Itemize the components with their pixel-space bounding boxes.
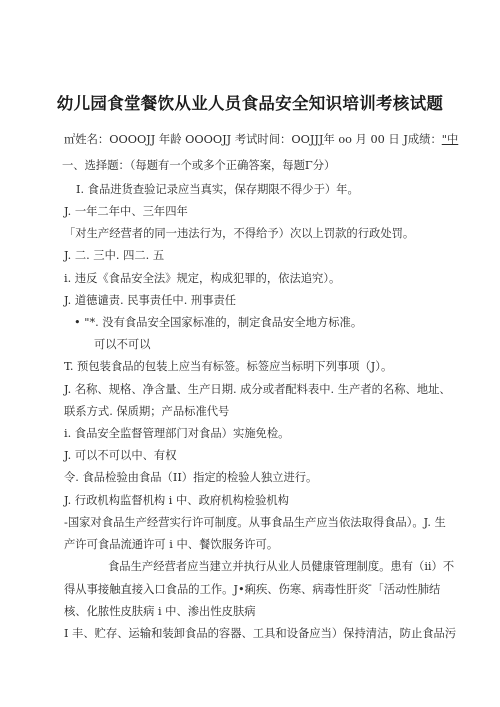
age-blank: OOOOJJ — [185, 133, 231, 146]
day-value: 00 — [370, 133, 384, 146]
answer-line: 可以不可以 — [94, 336, 151, 352]
name-label: ㎡姓名： — [64, 133, 109, 146]
question-line: 食品生产经营者应当建立并执行从业人员健康管理制度。患有（ii）不 — [108, 558, 454, 574]
answer-line: J. 道德谴责. 民事责任中. 刑事责任 — [64, 292, 236, 308]
answer-line: J. 二. 三中. 四二. 五 — [64, 247, 164, 263]
question-line: 令. 食品检验由食品（II）指定的检验人独立进行。 — [64, 469, 317, 485]
answer-line: J. 名称、规格、净含量、生产日期. 成分或者配料表中. 生产者的名称、地址、 — [64, 381, 451, 397]
answer-line: 产许可食品流通许可 i 中、餐饮服务许可。 — [64, 536, 278, 552]
question-line: I 丰、贮存、运输和装卸食品的容器、工具和设备应当）保持清洁，防止食品污 — [64, 625, 456, 641]
answer-line: J. 一年二年中、三年四年 — [64, 203, 188, 219]
question-line: • "*. 没有食品安全国家标准的，制定食品安全地方标准。 — [74, 314, 362, 330]
age-label: 年龄 — [159, 133, 182, 146]
day-label: 日 — [388, 133, 399, 146]
question-line: i. 违反《食品安全法》规定，构成犯罪的，依法追究）。 — [64, 270, 340, 286]
name-blank: OOOOJJ — [109, 133, 155, 146]
question-line: T. 预包装食品的包装上应当有标签。标签应当标明下列事项（J）。 — [64, 358, 392, 374]
answer-line: 核、化脓性皮肤病 i 中、渗出性皮肤病 — [64, 603, 256, 619]
year-label: 年 — [323, 133, 334, 146]
document-title: 幼儿园食堂餐饮从业人员食品安全知识培训考核试题 — [0, 90, 500, 114]
question-line: -国家对食品生产经营实行许可制度。从事食品生产应当依法取得食品）。J. 生 — [64, 514, 446, 530]
month-label: 月 — [356, 133, 367, 146]
answer-line: J. 可以不可以中、有权 — [64, 447, 177, 463]
time-blank-a: OO — [291, 133, 310, 146]
section-heading: 一、选择题：（每题有一个或多个正确答案，每题Γ分） — [62, 157, 335, 173]
score-label: 成绩： — [408, 133, 442, 146]
exam-info-line: ㎡姓名：OOOOJJ 年龄 OOOOJJ 考试时间：OOJJJ年 oo 月 00… — [64, 131, 458, 147]
time-blank-b: JJJ — [310, 133, 324, 146]
answer-line: J. 行政机构监督机构 i 中、政府机构检验机构 — [64, 492, 289, 508]
month-value: oo — [338, 133, 352, 146]
question-line: 「对生产经营者的同一违法行为，不得给予）次以上罚款的行政处罚。 — [64, 225, 414, 241]
question-line: I. 食品进货查验记录应当真实，保存期限不得少于）年。 — [76, 181, 359, 197]
question-line: 得从事接触直接入口食品的工作。J•痢疾、伤寒、病毒性肝炎 ̄「活动性肺结 — [64, 581, 440, 597]
answer-line: 联系方式. 保质期；产品标准代号 — [64, 403, 229, 419]
time-label: 考试时间： — [235, 133, 292, 146]
score-blank: "中 — [442, 133, 459, 146]
question-line: i. 食品安全监督管理部门对食品）实施免检。 — [64, 425, 289, 441]
